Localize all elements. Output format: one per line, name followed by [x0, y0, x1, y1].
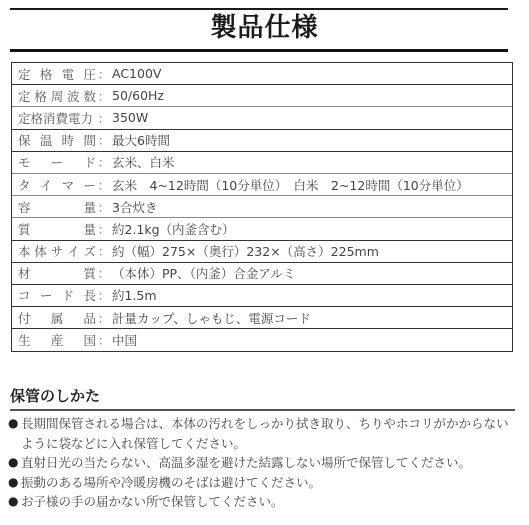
storage-section-rule [10, 409, 515, 411]
spec-colon: ： [96, 309, 112, 327]
spec-label-char: ー [51, 153, 64, 171]
spec-label: 容量 [12, 198, 96, 216]
spec-row: 生産国：中国 [12, 329, 512, 351]
spec-colon: ： [96, 109, 112, 127]
spec-value: 約1.5m [112, 286, 512, 304]
storage-bullet-item: ●振動のある場所や冷暖房機のそばは避けてください。 [8, 473, 520, 493]
spec-label: 付属品 [12, 309, 96, 327]
spec-value: （本体）PP、（内釜）合金アルミ [112, 264, 512, 282]
page-title: 製品仕様 [0, 12, 529, 44]
spec-colon: ： [96, 242, 112, 260]
spec-label-char: 温 [40, 131, 53, 149]
spec-label-char: 量 [83, 220, 96, 238]
spec-label: 定格周波数 [12, 87, 96, 105]
spec-label: コード長 [12, 286, 96, 304]
spec-label-char: 電 [62, 65, 75, 83]
spec-label-char: 生 [18, 331, 31, 349]
spec-label-char: 産 [51, 331, 64, 349]
spec-label-char: コ [18, 286, 31, 304]
spec-label-char: 波 [67, 87, 80, 105]
spec-label-char: ド [62, 286, 75, 304]
storage-bullet-list: ●長期間保管される場合は、本体の汚れをしっかり拭き取り、ちりやホコリがかからない… [8, 414, 520, 512]
bullet-dot-icon: ● [8, 492, 21, 512]
spec-label-char: 圧 [83, 65, 96, 83]
spec-label-char: 容 [18, 198, 31, 216]
spec-value: 玄米、白米 [112, 153, 512, 171]
spec-label-char: 定格消費電力 [18, 109, 93, 127]
spec-row: 付属品：計量カップ、しゃもじ、電源コード [12, 307, 512, 329]
spec-value: 約2.1kg（内釜含む） [112, 220, 512, 238]
spec-colon: ： [96, 286, 112, 304]
spec-label-char: 付 [18, 309, 31, 327]
spec-label-char: 時 [62, 131, 75, 149]
spec-label-char: イ [40, 176, 53, 194]
spec-row: 保温時間：最大6時間 [12, 130, 512, 152]
spec-colon: ： [96, 87, 112, 105]
spec-table: 定格電圧：AC100V定格周波数：50/60Hz定格消費電力：350W保温時間：… [11, 62, 513, 352]
spec-value: 3合炊き [112, 198, 512, 216]
spec-value: 計量カップ、しゃもじ、電源コード [112, 309, 512, 327]
spec-colon: ： [96, 220, 112, 238]
spec-row: 本体サイズ：約（幅）275×（奥行）232×（高さ）225mm [12, 241, 512, 263]
spec-label-char: 品 [83, 309, 96, 327]
spec-colon: ： [96, 176, 112, 194]
bullet-text: 直射日光の当たらない、高温多湿を避けた結露しない場所で保管してください。 [21, 453, 520, 473]
spec-label-char: 数 [83, 87, 96, 105]
spec-label: タイマー [12, 176, 96, 194]
spec-value: 350W [112, 110, 512, 125]
spec-label-char: ド [83, 153, 96, 171]
spec-label-char: 質 [18, 220, 31, 238]
spec-label-char: 定 [18, 65, 31, 83]
bullet-text: お子様の手の届かない所で保管してください。 [21, 492, 520, 512]
spec-row: 容量：3合炊き [12, 196, 512, 218]
storage-section-title: 保管のしかた [10, 385, 100, 406]
bullet-dot-icon: ● [8, 453, 21, 473]
spec-label-char: 質 [83, 264, 96, 282]
bullet-text: 振動のある場所や冷暖房機のそばは避けてください。 [21, 473, 520, 493]
spec-label-char: 材 [18, 264, 31, 282]
spec-label-char: モ [18, 153, 31, 171]
spec-label-char: 量 [83, 198, 96, 216]
spec-label: モード [12, 153, 96, 171]
spec-row: 材質：（本体）PP、（内釜）合金アルミ [12, 263, 512, 285]
spec-label: 生産国 [12, 331, 96, 349]
spec-row: 質量：約2.1kg（内釜含む） [12, 218, 512, 240]
spec-colon: ： [96, 153, 112, 171]
spec-label-char: タ [18, 176, 31, 194]
spec-label-char: 長 [83, 286, 96, 304]
spec-label-char: ー [83, 176, 96, 194]
spec-label: 本体サイズ [12, 242, 96, 260]
spec-colon: ： [96, 198, 112, 216]
spec-value: 約（幅）275×（奥行）232×（高さ）225mm [112, 242, 512, 260]
spec-row: コード長：約1.5m [12, 285, 512, 307]
spec-row: モード：玄米、白米 [12, 152, 512, 174]
spec-label: 質量 [12, 220, 96, 238]
spec-value: AC100V [112, 66, 512, 81]
spec-label-char: 周 [51, 87, 64, 105]
spec-colon: ： [96, 131, 112, 149]
storage-bullet-item: ●長期間保管される場合は、本体の汚れをしっかり拭き取り、ちりやホコリがかからない… [8, 414, 520, 453]
spec-label-char: イ [67, 242, 80, 260]
spec-label-char: 国 [83, 331, 96, 349]
spec-label-char: 属 [51, 309, 64, 327]
spec-label-char: 本 [18, 242, 31, 260]
title-top-rule [10, 8, 508, 10]
spec-label-char: 格 [40, 65, 53, 83]
spec-row: タイマー：玄米 4~12時間（10分単位） 白米 2~12時間（10分単位） [12, 174, 512, 196]
spec-value: 中国 [112, 331, 512, 349]
bullet-text: 長期間保管される場合は、本体の汚れをしっかり拭き取り、ちりやホコリがかからないよ… [21, 414, 520, 453]
spec-label-char: サ [51, 242, 64, 260]
spec-row: 定格周波数：50/60Hz [12, 85, 512, 107]
spec-value: 50/60Hz [112, 88, 512, 103]
spec-label-char: 格 [34, 87, 47, 105]
spec-colon: ： [96, 264, 112, 282]
title-bottom-rule [10, 49, 508, 52]
spec-label: 定格電圧 [12, 65, 96, 83]
spec-label: 定格消費電力 [12, 109, 96, 127]
spec-label-char: ー [40, 286, 53, 304]
spec-label: 保温時間 [12, 131, 96, 149]
spec-row: 定格電圧：AC100V [12, 63, 512, 85]
spec-row: 定格消費電力：350W [12, 107, 512, 129]
spec-label-char: マ [62, 176, 75, 194]
spec-colon: ： [96, 65, 112, 83]
spec-value: 玄米 4~12時間（10分単位） 白米 2~12時間（10分単位） [112, 176, 512, 194]
spec-label-char: 体 [34, 242, 47, 260]
spec-value: 最大6時間 [112, 131, 512, 149]
spec-label: 材質 [12, 264, 96, 282]
spec-label-char: 定 [18, 87, 31, 105]
spec-label-char: 間 [83, 131, 96, 149]
bullet-dot-icon: ● [8, 414, 21, 453]
spec-colon: ： [96, 331, 112, 349]
storage-bullet-item: ●お子様の手の届かない所で保管してください。 [8, 492, 520, 512]
spec-label-char: ズ [83, 242, 96, 260]
bullet-dot-icon: ● [8, 473, 21, 493]
storage-bullet-item: ●直射日光の当たらない、高温多湿を避けた結露しない場所で保管してください。 [8, 453, 520, 473]
spec-label-char: 保 [18, 131, 31, 149]
